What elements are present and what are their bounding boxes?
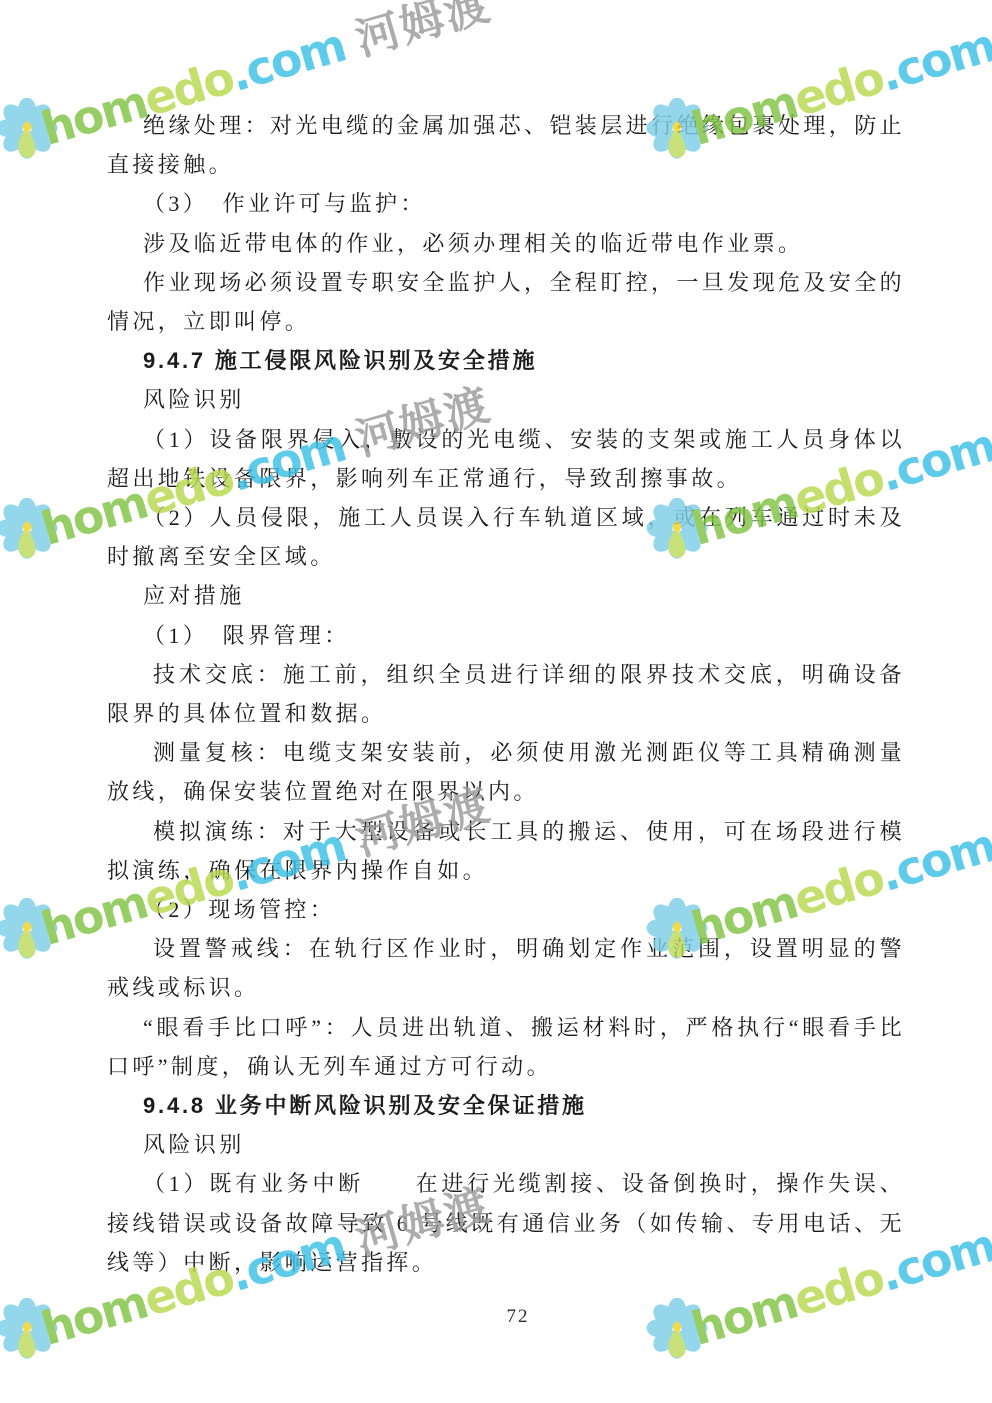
paragraph-risk-id-2: 风险识别 [107,1125,905,1164]
page-number: 72 [0,1306,992,1328]
paragraph-warning-line: 设置警戒线：在轨行区作业时，明确划定作业范围，设置明显的警戒线或标识。 [107,929,905,1007]
watermark: homedo.com河姆渡 [0,98,59,162]
document-page: { "page": { "number": "72" }, "watermark… [0,0,992,1403]
section-heading-9-4-7: 9.4.7 施工侵限风险识别及安全措施 [107,341,905,380]
homedo-flower-icon [0,898,59,962]
paragraph-site-control: （2）现场管控： [107,890,905,929]
paragraph-item-3-title: （3） 作业许可与监护： [107,184,905,223]
paragraph-eye-hand-call: “眼看手比口呼”：人员进出轨道、搬运材料时，严格执行“眼看手比口呼”制度，确认无… [107,1008,905,1086]
paragraph-service-interrupt: （1）既有业务中断 在进行光缆割接、设备倒换时，操作失误、接线错误或设备故障导致… [107,1164,905,1282]
paragraph-measure-check: 测量复核：电缆支架安装前，必须使用激光测距仪等工具精确测量放线，确保安装位置绝对… [107,733,905,811]
watermark: homedo.com河姆渡 [0,498,59,562]
paragraph-countermeasures: 应对措施 [107,576,905,615]
paragraph-risk-personnel: （2）人员侵限，施工人员误入行车轨道区域，或在列车通过时未及时撤离至安全区域。 [107,498,905,576]
document-text-block: 绝缘处理：对光电缆的金属加强芯、铠装层进行绝缘包裹处理，防止直接接触。 （3） … [107,106,905,1282]
paragraph-risk-equipment: （1）设备限界侵入，敷设的光电缆、安装的支架或施工人员身体以超出地铁设备限界，影… [107,420,905,498]
paragraph-gauge-management: （1） 限界管理： [107,616,905,655]
watermark-cjk-text: 河姆渡 [350,0,497,66]
section-heading-9-4-8: 9.4.8 业务中断风险识别及安全保证措施 [107,1086,905,1125]
paragraph-site-supervisor: 作业现场必须设置专职安全监护人，全程盯控，一旦发现危及安全的情况，立即叫停。 [107,263,905,341]
paragraph-work-ticket: 涉及临近带电体的作业，必须办理相关的临近带电作业票。 [107,224,905,263]
homedo-flower-icon [0,98,59,162]
paragraph-risk-id-1: 风险识别 [107,380,905,419]
paragraph-tech-briefing: 技术交底：施工前，组织全员进行详细的限界技术交底，明确设备限界的具体位置和数据。 [107,655,905,733]
homedo-flower-icon [0,498,59,562]
paragraph-simulation-drill: 模拟演练：对于大型设备或长工具的搬运、使用，可在场段进行模拟演练，确保在限界内操… [107,812,905,890]
paragraph-insulation: 绝缘处理：对光电缆的金属加强芯、铠装层进行绝缘包裹处理，防止直接接触。 [107,106,905,184]
watermark: homedo.com河姆渡 [0,898,59,962]
